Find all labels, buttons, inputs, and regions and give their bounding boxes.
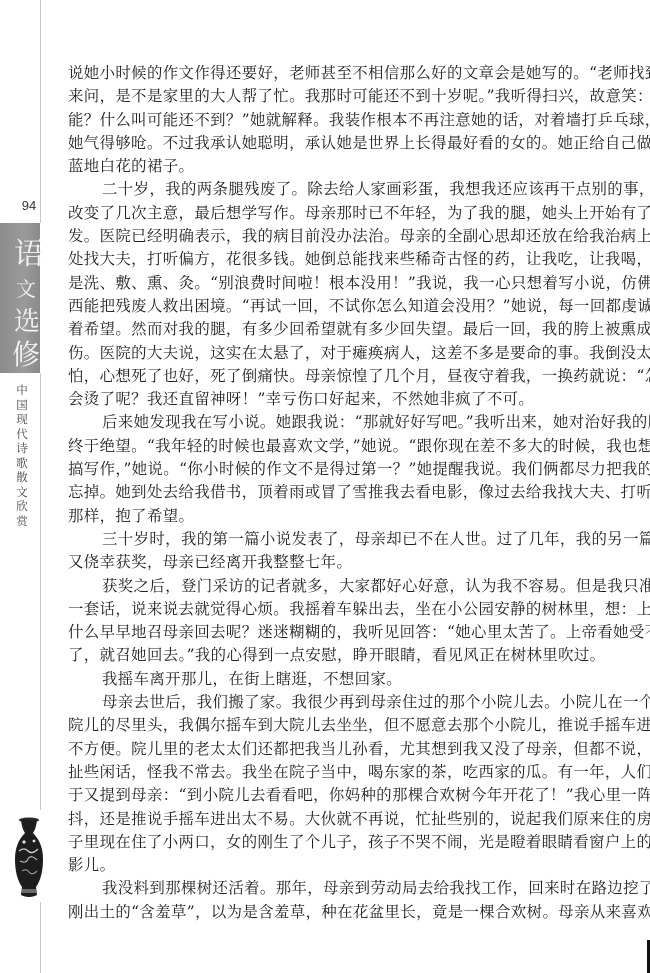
text-line: 她气得够呛。不过我承认她聪明，承认她是世界上长得最好看的女的。她正给自己做一条	[68, 132, 640, 155]
text-line: 子里现在住了小两口，女的刚生了个儿子，孩子不哭不闹，光是瞪着眼睛看窗户上的树	[68, 831, 640, 854]
text-line: 我摇车离开那儿，在街上瞎逛，不想回家。	[68, 668, 640, 691]
paragraph: 获奖之后，登门采访的记者就多，大家都好心好意，认为我不容易。但是我只准备了一套话…	[68, 575, 640, 668]
text-line: 发。医院已经明确表示，我的病目前没办法治。母亲的全副心思却还放在给我治病上，到	[68, 225, 640, 248]
text-line: 影儿。	[68, 854, 640, 877]
text-line: 终于绝望。“我年轻的时候也最喜欢文学，”她说。“跟你现在差不多大的时候，我也想过	[68, 435, 640, 458]
paragraph: 我没料到那棵树还活着。那年，母亲到劳动局去给我找工作，回来时在路边挖了一棵刚出土…	[68, 877, 640, 924]
text-line: 了，就召她回去。”我的心得到一点安慰，睁开眼睛，看见风正在树林里吹过。	[68, 644, 640, 667]
text-line: 搞写作，”她说。“你小时候的作文不是得过第一？”她提醒我说。我们俩都尽力把我的腿	[68, 458, 640, 481]
text-line: 扯些闲话，怪我不常去。我坐在院子当中，喝东家的茶，吃西家的瓜。有一年，人们终	[68, 761, 640, 784]
text-line: 能？什么叫可能还不到？”她就解释。我装作根本不再注意她的话，对着墙打乒乓球，把	[68, 109, 640, 132]
banner-char-2: 文	[16, 273, 36, 302]
text-line: 不方便。院儿里的老太太们还都把我当儿孙看，尤其想到我又没了母亲，但都不说，光	[68, 738, 640, 761]
text-line: 会烫了呢？我还直留神呀！”幸亏伤口好起来，不然她非疯了不可。	[68, 388, 640, 411]
text-line: 西能把残废人救出困境。“再试一回，不试你怎么知道会没用？”她说，每一回都虔诚地抱	[68, 295, 640, 318]
text-line: 又侥幸获奖，母亲已经离开我整整七年。	[68, 551, 640, 574]
text-line: 抖，还是推说手摇车进出太不易。大伙就不再说，忙扯些别的，说起我们原来住的房	[68, 808, 640, 831]
body-text: 说她小时候的作文作得还要好，老师甚至不相信那么好的文章会是她写的。“老师找到家来…	[68, 62, 640, 924]
vase-icon	[12, 817, 46, 899]
text-line: 什么早早地召母亲回去呢？迷迷糊糊的，我听见回答：“她心里太苦了。上帝看她受不住	[68, 621, 640, 644]
margin-rule-bottom	[40, 902, 41, 973]
text-line: 三十岁时，我的第一篇小说发表了，母亲却已不在人世。过了几年，我的另一篇小说	[68, 528, 640, 551]
paragraph: 后来她发现我在写小说。她跟我说：“那就好好写吧。”我听出来，她对治好我的腿也终于…	[68, 411, 640, 527]
book-subtitle: 中国现代诗歌散文欣赏	[14, 383, 30, 528]
text-line: 后来她发现我在写小说。她跟我说：“那就好好写吧。”我听出来，她对治好我的腿也	[68, 411, 640, 434]
text-line: 一套话，说来说去就觉得心烦。我摇着车躲出去，坐在小公园安静的树林里，想：上帝为	[68, 598, 640, 621]
text-line: 来问，是不是家里的大人帮了忙。我那时可能还不到十岁呢。”我听得扫兴，故意笑：“可	[68, 85, 640, 108]
text-line: 伤。医院的大夫说，这实在太悬了，对于瘫痪病人，这差不多是要命的事。我倒没太害	[68, 342, 640, 365]
text-line: 蓝地白花的裙子。	[68, 155, 640, 178]
text-line: 是洗、敷、熏、灸。“别浪费时间啦！根本没用！”我说，我一心只想着写小说，仿佛那东	[68, 272, 640, 295]
text-line: 二十岁，我的两条腿残废了。除去给人家画彩蛋，我想我还应该再干点别的事，先后	[68, 178, 640, 201]
paragraph: 二十岁，我的两条腿残废了。除去给人家画彩蛋，我想我还应该再干点别的事，先后改变了…	[68, 178, 640, 411]
paragraph: 母亲去世后，我们搬了家。我很少再到母亲住过的那个小院儿去。小院儿在一个大院儿的尽…	[68, 691, 640, 877]
paragraph: 三十岁时，我的第一篇小说发表了，母亲却已不在人世。过了几年，我的另一篇小说又侥幸…	[68, 528, 640, 575]
text-line: 我没料到那棵树还活着。那年，母亲到劳动局去给我找工作，回来时在路边挖了一棵	[68, 877, 640, 900]
paragraph: 我摇车离开那儿，在街上瞎逛，不想回家。	[68, 668, 640, 691]
margin-rule-middle	[40, 373, 41, 810]
banner-char-1: 语	[14, 229, 44, 273]
banner-char-4: 修	[12, 333, 40, 373]
paragraph: 说她小时候的作文作得还要好，老师甚至不相信那么好的文章会是她写的。“老师找到家来…	[68, 62, 640, 178]
text-line: 处找大夫，打听偏方，花很多钱。她倒总能找来些稀奇古怪的药，让我吃，让我喝，或者	[68, 248, 640, 271]
side-banner: 语 文 选 修	[0, 223, 40, 373]
text-line: 忘掉。她到处去给我借书，顶着雨或冒了雪推我去看电影，像过去给我找大夫、打听偏方	[68, 481, 640, 504]
text-line: 着希望。然而对我的腿，有多少回希望就有多少回失望。最后一回，我的胯上被熏成烫	[68, 318, 640, 341]
text-line: 获奖之后，登门采访的记者就多，大家都好心好意，认为我不容易。但是我只准备了	[68, 575, 640, 598]
page-number: 94	[18, 198, 40, 213]
text-line: 怕，心想死了也好，死了倒痛快。母亲惊惶了几个月，昼夜守着我，一换药就说：“怎么	[68, 365, 640, 388]
text-line: 刚出土的“含羞草”，以为是含羞草，种在花盆里长，竟是一棵合欢树。母亲从来喜欢那	[68, 901, 640, 924]
text-line: 说她小时候的作文作得还要好，老师甚至不相信那么好的文章会是她写的。“老师找到家	[68, 62, 640, 85]
text-line: 那样，抱了希望。	[68, 505, 640, 528]
text-line: 改变了几次主意，最后想学写作。母亲那时已不年轻，为了我的腿，她头上开始有了白	[68, 202, 640, 225]
text-line: 母亲去世后，我们搬了家。我很少再到母亲住过的那个小院儿去。小院儿在一个大	[68, 691, 640, 714]
text-line: 院儿的尽里头，我偶尔摇车到大院儿去坐坐，但不愿意去那个小院儿，推说手摇车进去	[68, 714, 640, 737]
text-line: 于又提到母亲：“到小院儿去看看吧，你妈种的那棵合欢树今年开花了！”我心里一阵	[68, 784, 640, 807]
margin-rule-top	[40, 0, 41, 223]
